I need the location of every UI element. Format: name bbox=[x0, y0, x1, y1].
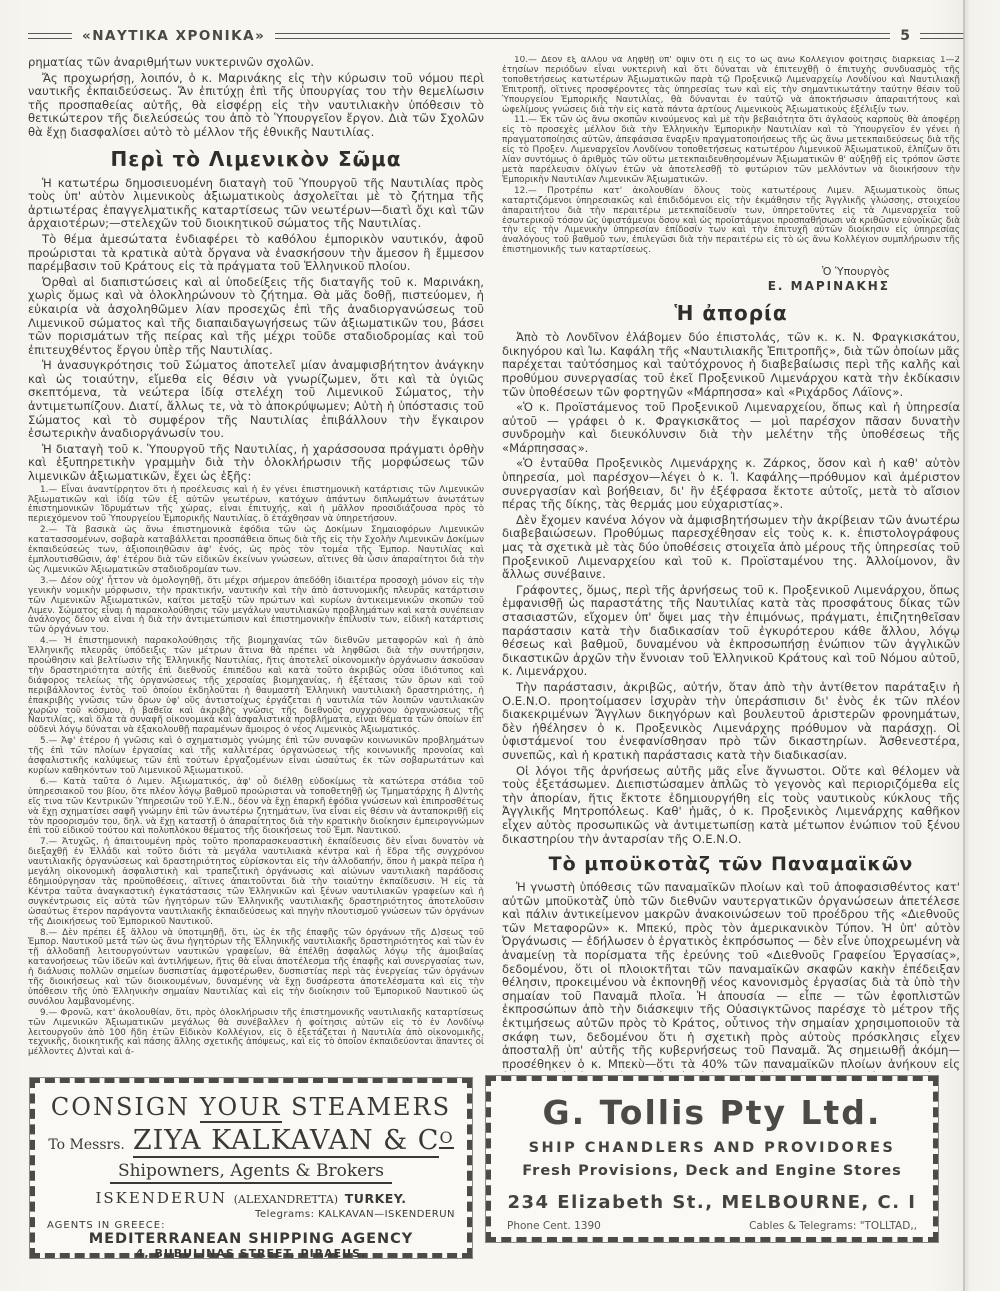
paragraph: Ἡ διαταγὴ τοῦ κ. Ὑπουργοῦ τῆς Ναυτιλίας,… bbox=[28, 443, 484, 484]
paragraph: Ἄς προχωρήσῃ, λοιπόν, ὁ κ. Μαρινάκης εἰς… bbox=[28, 72, 484, 140]
ad-agents-label: AGENTS IN GREECE: bbox=[47, 1220, 455, 1231]
paragraph: Ἀπὸ τὸ Λονδῖνον ἐλάβομεν δύο ἐπιστολάς, … bbox=[502, 331, 960, 399]
ad-headline-post: STEAMERS bbox=[282, 1093, 452, 1121]
ad-line-chandlers: SHIP CHANDLERS AND PROVIDORES bbox=[503, 1140, 921, 1156]
directive-item: 11.— Ἐκ τῶν ὡς ἄνω σκοπῶν κινούμενος καὶ… bbox=[502, 116, 960, 185]
directive-item: 8.— Δὲν πρέπει ἐξ ἄλλου νὰ ὑποτιμηθῇ, ὅτ… bbox=[28, 929, 484, 1008]
ad-company-line: To Messrs.ZIYA KALKAVAN & CO bbox=[47, 1125, 455, 1156]
paragraph: Δὲν ἔχομεν κανένα λόγον νὰ ἀμφισβητήσωμε… bbox=[502, 514, 960, 582]
paragraph: Ἡ ἀνασυγκρότησις τοῦ Σώματος ἀποτελεῖ μί… bbox=[28, 359, 484, 441]
ad-company-name-superscript: O bbox=[439, 1128, 453, 1149]
ad-agency-address: 4, BUBULINAS STREET, PIRAEUS. bbox=[47, 1247, 455, 1260]
section-title-limeniko-soma: Περὶ τὸ Λιμενικὸν Σῶμα bbox=[28, 147, 484, 171]
ad-country: TURKEY. bbox=[345, 1191, 407, 1206]
tollis-advertisement: G. Tollis Pty Ltd. SHIP CHANDLERS AND PR… bbox=[486, 1076, 938, 1242]
scanned-journal-page: «ΝΑΥΤΙΚΑ ΧΡΟΝΙΚΑ» 5 ρηματίας τῶν ἀναριθμ… bbox=[0, 0, 1000, 1291]
signature-block: Ὁ Ὑπουργὸς Ε. ΜΑΡΙΝΑΚΗΣ bbox=[502, 264, 890, 294]
paragraph: Ὀρθαὶ αἱ διαπιστώσεις καὶ αἱ ὑποδείξεις … bbox=[28, 276, 484, 358]
ad-address: 234 Elizabeth St., MELBOURNE, C. I bbox=[503, 1192, 921, 1213]
page-number: 5 bbox=[900, 28, 910, 44]
directive-item: 6.— Κατὰ ταῦτα ὁ Λιμεν. Ἀξιωματικός, ἀφ'… bbox=[28, 778, 484, 837]
paragraph: Οἱ λόγοι τῆς ἀρνήσεως αὐτῆς μᾶς εἶνε ἄγν… bbox=[502, 765, 960, 847]
ad-location-line: ISKENDERUN (ALEXANDRETTA) TURKEY. bbox=[47, 1189, 455, 1207]
section-title-boycott: Τὸ μποϋκοτὰζ τῶν Παναμαϊκῶν bbox=[502, 853, 960, 875]
signature-name: Ε. ΜΑΡΙΝΑΚΗΣ bbox=[502, 279, 890, 294]
ad-city: ISKENDERUN bbox=[95, 1189, 227, 1207]
ad-headline-pre: CONSIGN bbox=[51, 1093, 200, 1121]
paragraph: Ἡ κατωτέρω δημοσιευομένη διαταγὴ τοῦ Ὑπο… bbox=[28, 177, 484, 231]
left-column: ρηματίας τῶν ἀναριθμήτων νυκτερινῶν σχολ… bbox=[28, 56, 484, 1072]
ad-headline: CONSIGN YOUR STEAMERS bbox=[47, 1093, 455, 1121]
paragraph: Ἡ γνωστὴ ὑπόθεσις τῶν παναμαϊκῶν πλοίων … bbox=[502, 881, 960, 1072]
ad-to-label: To Messrs. bbox=[48, 1137, 124, 1153]
masthead-title: «ΝΑΥΤΙΚΑ ΧΡΟΝΙΚΑ» bbox=[82, 28, 265, 44]
right-column: 10.— Δέον ἐξ ἄλλου νὰ ληφθῇ ὑπ' ὄψιν ὅτι… bbox=[502, 56, 960, 1072]
paragraph: «Ὁ κ. Προϊστάμενος τοῦ Προξενικοῦ Λιμενα… bbox=[502, 401, 960, 455]
ad-agency-name: MEDITERRANEAN SHIPPING AGENCY bbox=[47, 1231, 455, 1247]
directive-item: 4.— Ἡ ἐπιστημονικὴ παρακολούθησις τῆς βι… bbox=[28, 637, 484, 736]
signature-role: Ὁ Ὑπουργὸς bbox=[502, 264, 890, 279]
ad-phone: Phone Cent. 1390 bbox=[507, 1220, 601, 1232]
directive-item: 5.— Ἀφ' ἑτέρου ἡ γνῶσις καὶ ὁ σχηματισμὸ… bbox=[28, 737, 484, 777]
header-rule-center bbox=[275, 33, 890, 39]
directive-item: 1.— Εἶναι ἀναντίρρητον ὅτι ἡ προέλευσις … bbox=[28, 486, 484, 526]
ad-cables: Cables & Telegrams: "TOLLTAD,, bbox=[749, 1220, 917, 1232]
header-rule-left bbox=[28, 33, 72, 39]
ad-company-name: G. Tollis Pty Ltd. bbox=[503, 1093, 921, 1132]
directive-item: 3.— Δέον οὐχ' ἧττον νὰ ὁμολογηθῇ, ὅτι μέ… bbox=[28, 577, 484, 636]
paragraph: Γράφοντες, ὅμως, περὶ τῆς ἀρνήσεως τοῦ κ… bbox=[502, 584, 960, 679]
directive-item: 9.— Φρονῶ, κατ' ἀκολουθίαν, ὅτι, πρὸς ὁλ… bbox=[28, 1009, 484, 1059]
paragraph: Τὸ θέμα ἀμεσώτατα ἐνδιαφέρει τὸ καθόλου … bbox=[28, 233, 484, 274]
ad-contact-row: Phone Cent. 1390 Cables & Telegrams: "TO… bbox=[503, 1220, 921, 1232]
paragraph: «Ὁ ἐνταῦθα Προξενικὸς Λιμενάρχης κ. Ζάρκ… bbox=[502, 457, 960, 511]
ad-telegrams: Telegrams: KALKAVAN—ISKENDERUN bbox=[47, 1209, 455, 1220]
directive-item: 2.— Τὰ βασικὰ ὡς ἄνω ἐπιστημονικὰ ἐφόδια… bbox=[28, 526, 484, 576]
ad-headline-underlined: YOUR bbox=[200, 1093, 282, 1123]
header-rule-right bbox=[920, 33, 964, 39]
section-title-aporia: Ἡ ἀπορία bbox=[502, 301, 960, 325]
ad-company-name: ZIYA KALKAVAN & C bbox=[133, 1125, 440, 1158]
ad-line-provisions: Fresh Provisions, Deck and Engine Stores bbox=[503, 1163, 921, 1179]
paragraph: ρηματίας τῶν ἀναριθμήτων νυκτερινῶν σχολ… bbox=[28, 56, 484, 70]
directive-item: 10.— Δέον ἐξ ἄλλου νὰ ληφθῇ ὑπ' ὄψιν ὅτι… bbox=[502, 56, 960, 115]
page-header: «ΝΑΥΤΙΚΑ ΧΡΟΝΙΚΑ» 5 bbox=[28, 26, 964, 46]
ad-subtitle-wrap: Shipowners, Agents & Brokers bbox=[47, 1156, 455, 1184]
paragraph: Τὴν παράστασιν, ἀκριβῶς, αὐτήν, ὅταν ἀπὸ… bbox=[502, 681, 960, 763]
kalkavan-advertisement: CONSIGN YOUR STEAMERS To Messrs.ZIYA KAL… bbox=[30, 1078, 472, 1258]
directive-item: 12.— Προτρέπω κατ' ἀκολουθίαν ὅλους τοὺς… bbox=[502, 187, 960, 256]
directive-item: 7.— Ἀτυχῶς, ἡ ἀπαιτουμένη πρὸς τοῦτο προ… bbox=[28, 838, 484, 927]
ad-subtitle: Shipowners, Agents & Brokers bbox=[110, 1161, 392, 1184]
ad-city-paren: (ALEXANDRETTA) bbox=[234, 1193, 338, 1206]
